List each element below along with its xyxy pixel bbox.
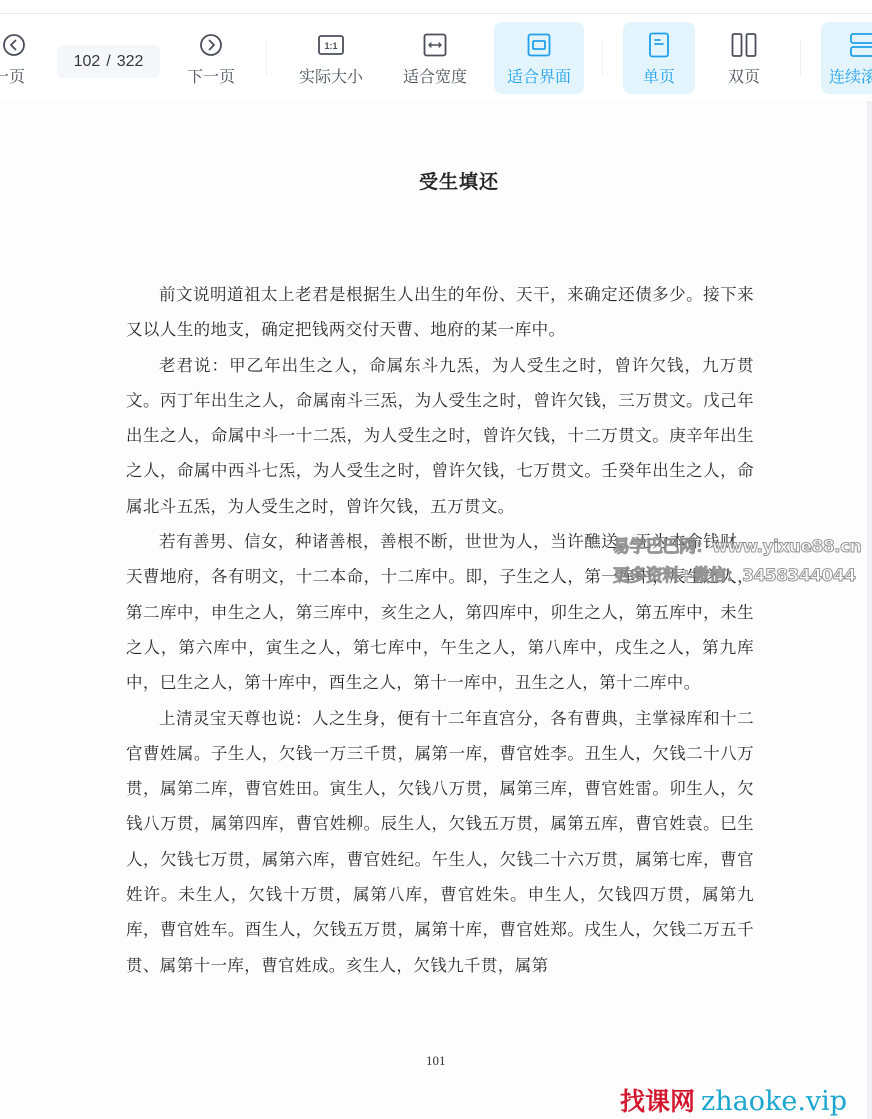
continuous-scroll-label: 连续滚 <box>829 64 872 87</box>
watermark-zhaoke-en: zhaoke.vip <box>701 1086 847 1117</box>
chapter-body: 前文说明道祖太上老君是根据生人出生的年份、天干，来确定还债多少。接下来又以人生的… <box>126 277 754 983</box>
watermark-wechat: 更多资料+微信：3458344044 <box>613 561 856 586</box>
fit-width-button[interactable]: 适合宽度 <box>390 22 480 94</box>
actual-size-button[interactable]: 1:1 实际大小 <box>286 22 376 94</box>
next-page-button[interactable]: 下一页 <box>176 22 246 94</box>
watermark-yixue: 易学巴巴网：www.yixue88.cn <box>613 532 861 557</box>
chevron-left-circle-icon <box>2 30 26 60</box>
next-page-label: 下一页 <box>187 64 235 87</box>
toolbar-divider <box>602 40 603 76</box>
fit-page-label: 适合界面 <box>507 64 571 87</box>
document-page: 受生填还 前文说明道祖太上老君是根据生人出生的年份、天干，来确定还债多少。接下来… <box>0 101 867 1119</box>
paragraph: 老君说：甲乙年出生之人，命属东斗九炁，为人受生之时，曾许欠钱，九万贯文。丙丁年出… <box>126 348 754 524</box>
total-pages: 322 <box>117 53 144 71</box>
paragraph: 上清灵宝天尊也说：人之生身，便有十二年直宫分，各有曹典，主掌禄库和十二官曹姓属。… <box>126 701 754 983</box>
fit-page-button[interactable]: 适合界面 <box>494 22 584 94</box>
watermark-zhaoke: 找课网zhaoke.vip <box>620 1082 847 1118</box>
double-page-button[interactable]: 双页 <box>708 22 780 94</box>
watermark-zhaoke-cn: 找课网 <box>620 1087 695 1116</box>
page-footer-number: 101 <box>426 1053 446 1069</box>
fit-width-icon <box>423 30 447 60</box>
prev-page-button[interactable]: 一页 <box>0 22 46 94</box>
page-separator: / <box>106 53 110 71</box>
current-page: 102 <box>74 53 101 71</box>
window-top-strip <box>0 0 872 14</box>
vertical-scrollbar[interactable] <box>867 101 872 1119</box>
toolbar-divider <box>266 40 267 76</box>
double-page-label: 双页 <box>728 64 760 87</box>
toolbar-divider <box>800 40 801 76</box>
prev-page-label: 一页 <box>0 64 25 87</box>
fit-width-label: 适合宽度 <box>403 64 467 87</box>
single-page-label: 单页 <box>643 64 675 87</box>
single-page-button[interactable]: 单页 <box>623 22 695 94</box>
double-page-icon <box>731 30 757 60</box>
chevron-right-circle-icon <box>199 30 223 60</box>
single-page-icon <box>648 30 670 60</box>
page-number-input[interactable]: 102 / 322 <box>57 45 160 78</box>
chapter-title: 受生填还 <box>0 167 872 194</box>
continuous-scroll-icon <box>849 30 872 60</box>
fit-page-icon <box>527 30 551 60</box>
document-viewer: 受生填还 前文说明道祖太上老君是根据生人出生的年份、天干，来确定还债多少。接下来… <box>0 101 872 1119</box>
paragraph: 前文说明道祖太上老君是根据生人出生的年份、天干，来确定还债多少。接下来又以人生的… <box>126 277 754 348</box>
svg-text:1:1: 1:1 <box>324 41 337 51</box>
reader-toolbar: 一页 102 / 322 下一页 1:1 实际大小 适合宽度 适合界面 <box>0 15 872 101</box>
actual-size-icon: 1:1 <box>318 30 344 60</box>
actual-size-label: 实际大小 <box>299 64 363 87</box>
continuous-scroll-button[interactable]: 连续滚 <box>821 22 872 94</box>
